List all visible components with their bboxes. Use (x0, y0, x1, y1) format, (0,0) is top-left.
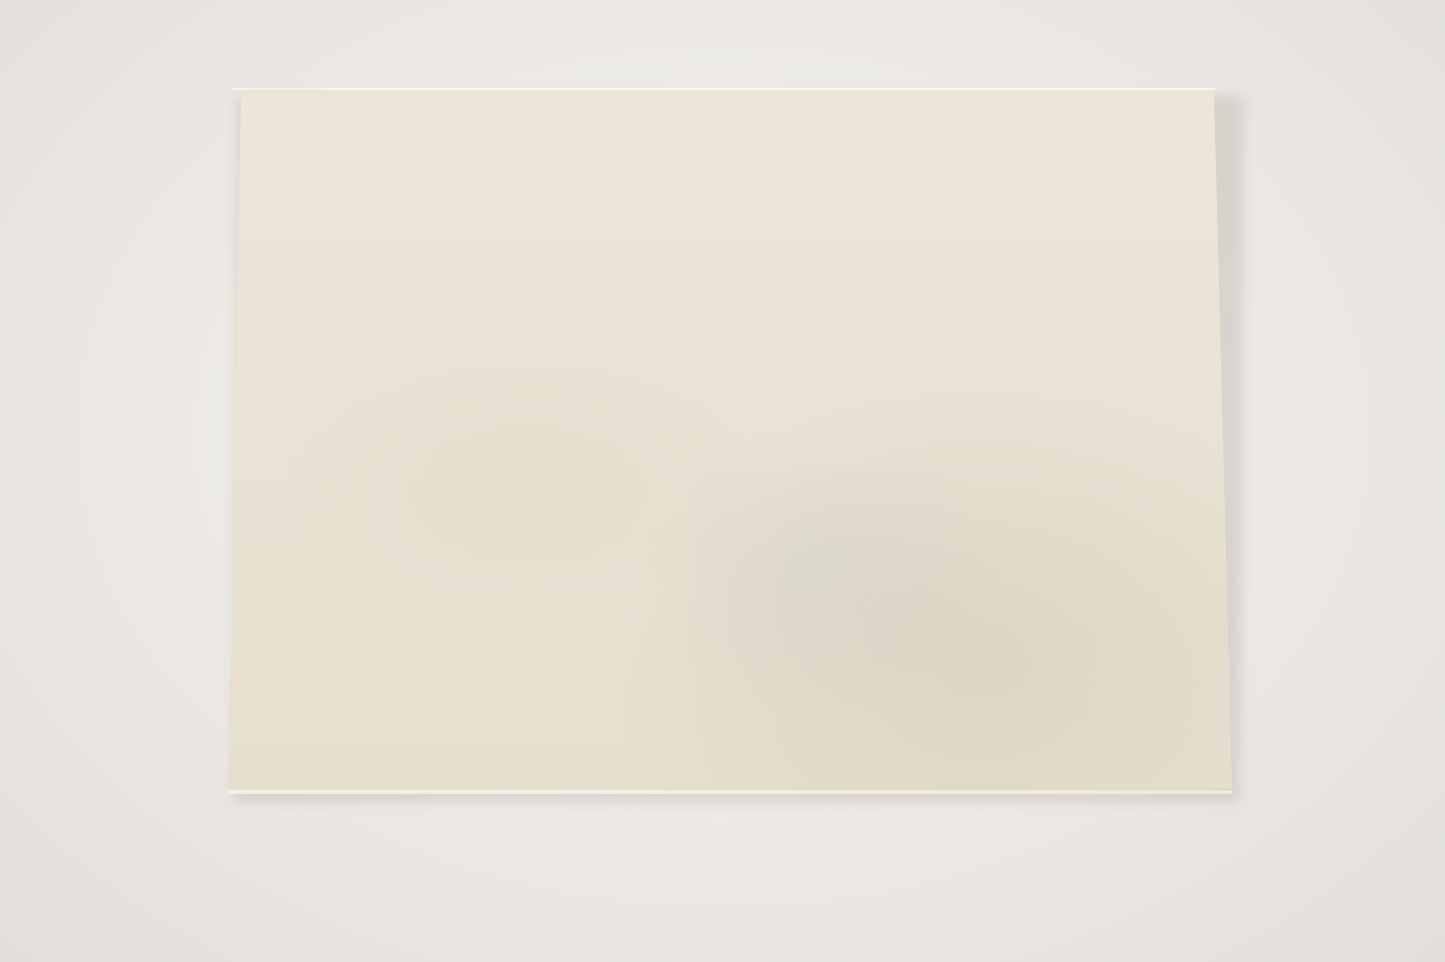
card-bottom-edge (228, 790, 1232, 794)
card-top-edge (232, 88, 1217, 90)
photo-background (0, 0, 1445, 962)
blank-card (228, 88, 1232, 794)
